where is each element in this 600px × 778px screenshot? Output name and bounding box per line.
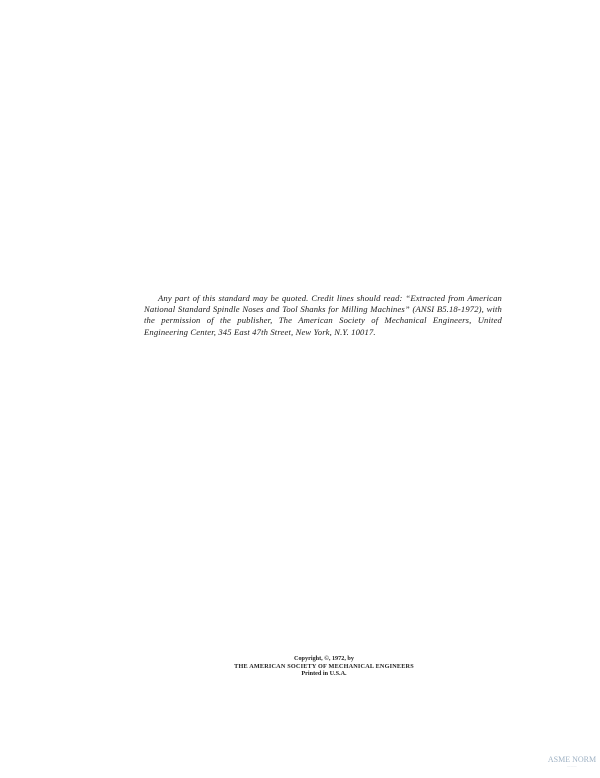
publisher-name: THE AMERICAN SOCIETY OF MECHANICAL ENGIN…: [200, 663, 448, 671]
notice-text: Any part of this standard may be quoted.…: [144, 293, 502, 338]
watermark-text: ASME NORM: [547, 755, 597, 764]
copyright-line: Copyright, ©, 1972, by: [200, 655, 448, 663]
quotation-permission-notice: Any part of this standard may be quoted.…: [144, 293, 502, 338]
printed-in-line: Printed in U.S.A.: [200, 670, 448, 678]
watermark-logo: ASME NORM ———: [547, 755, 597, 768]
watermark-subtext: ———: [547, 764, 597, 768]
copyright-block: Copyright, ©, 1972, by THE AMERICAN SOCI…: [200, 655, 448, 678]
